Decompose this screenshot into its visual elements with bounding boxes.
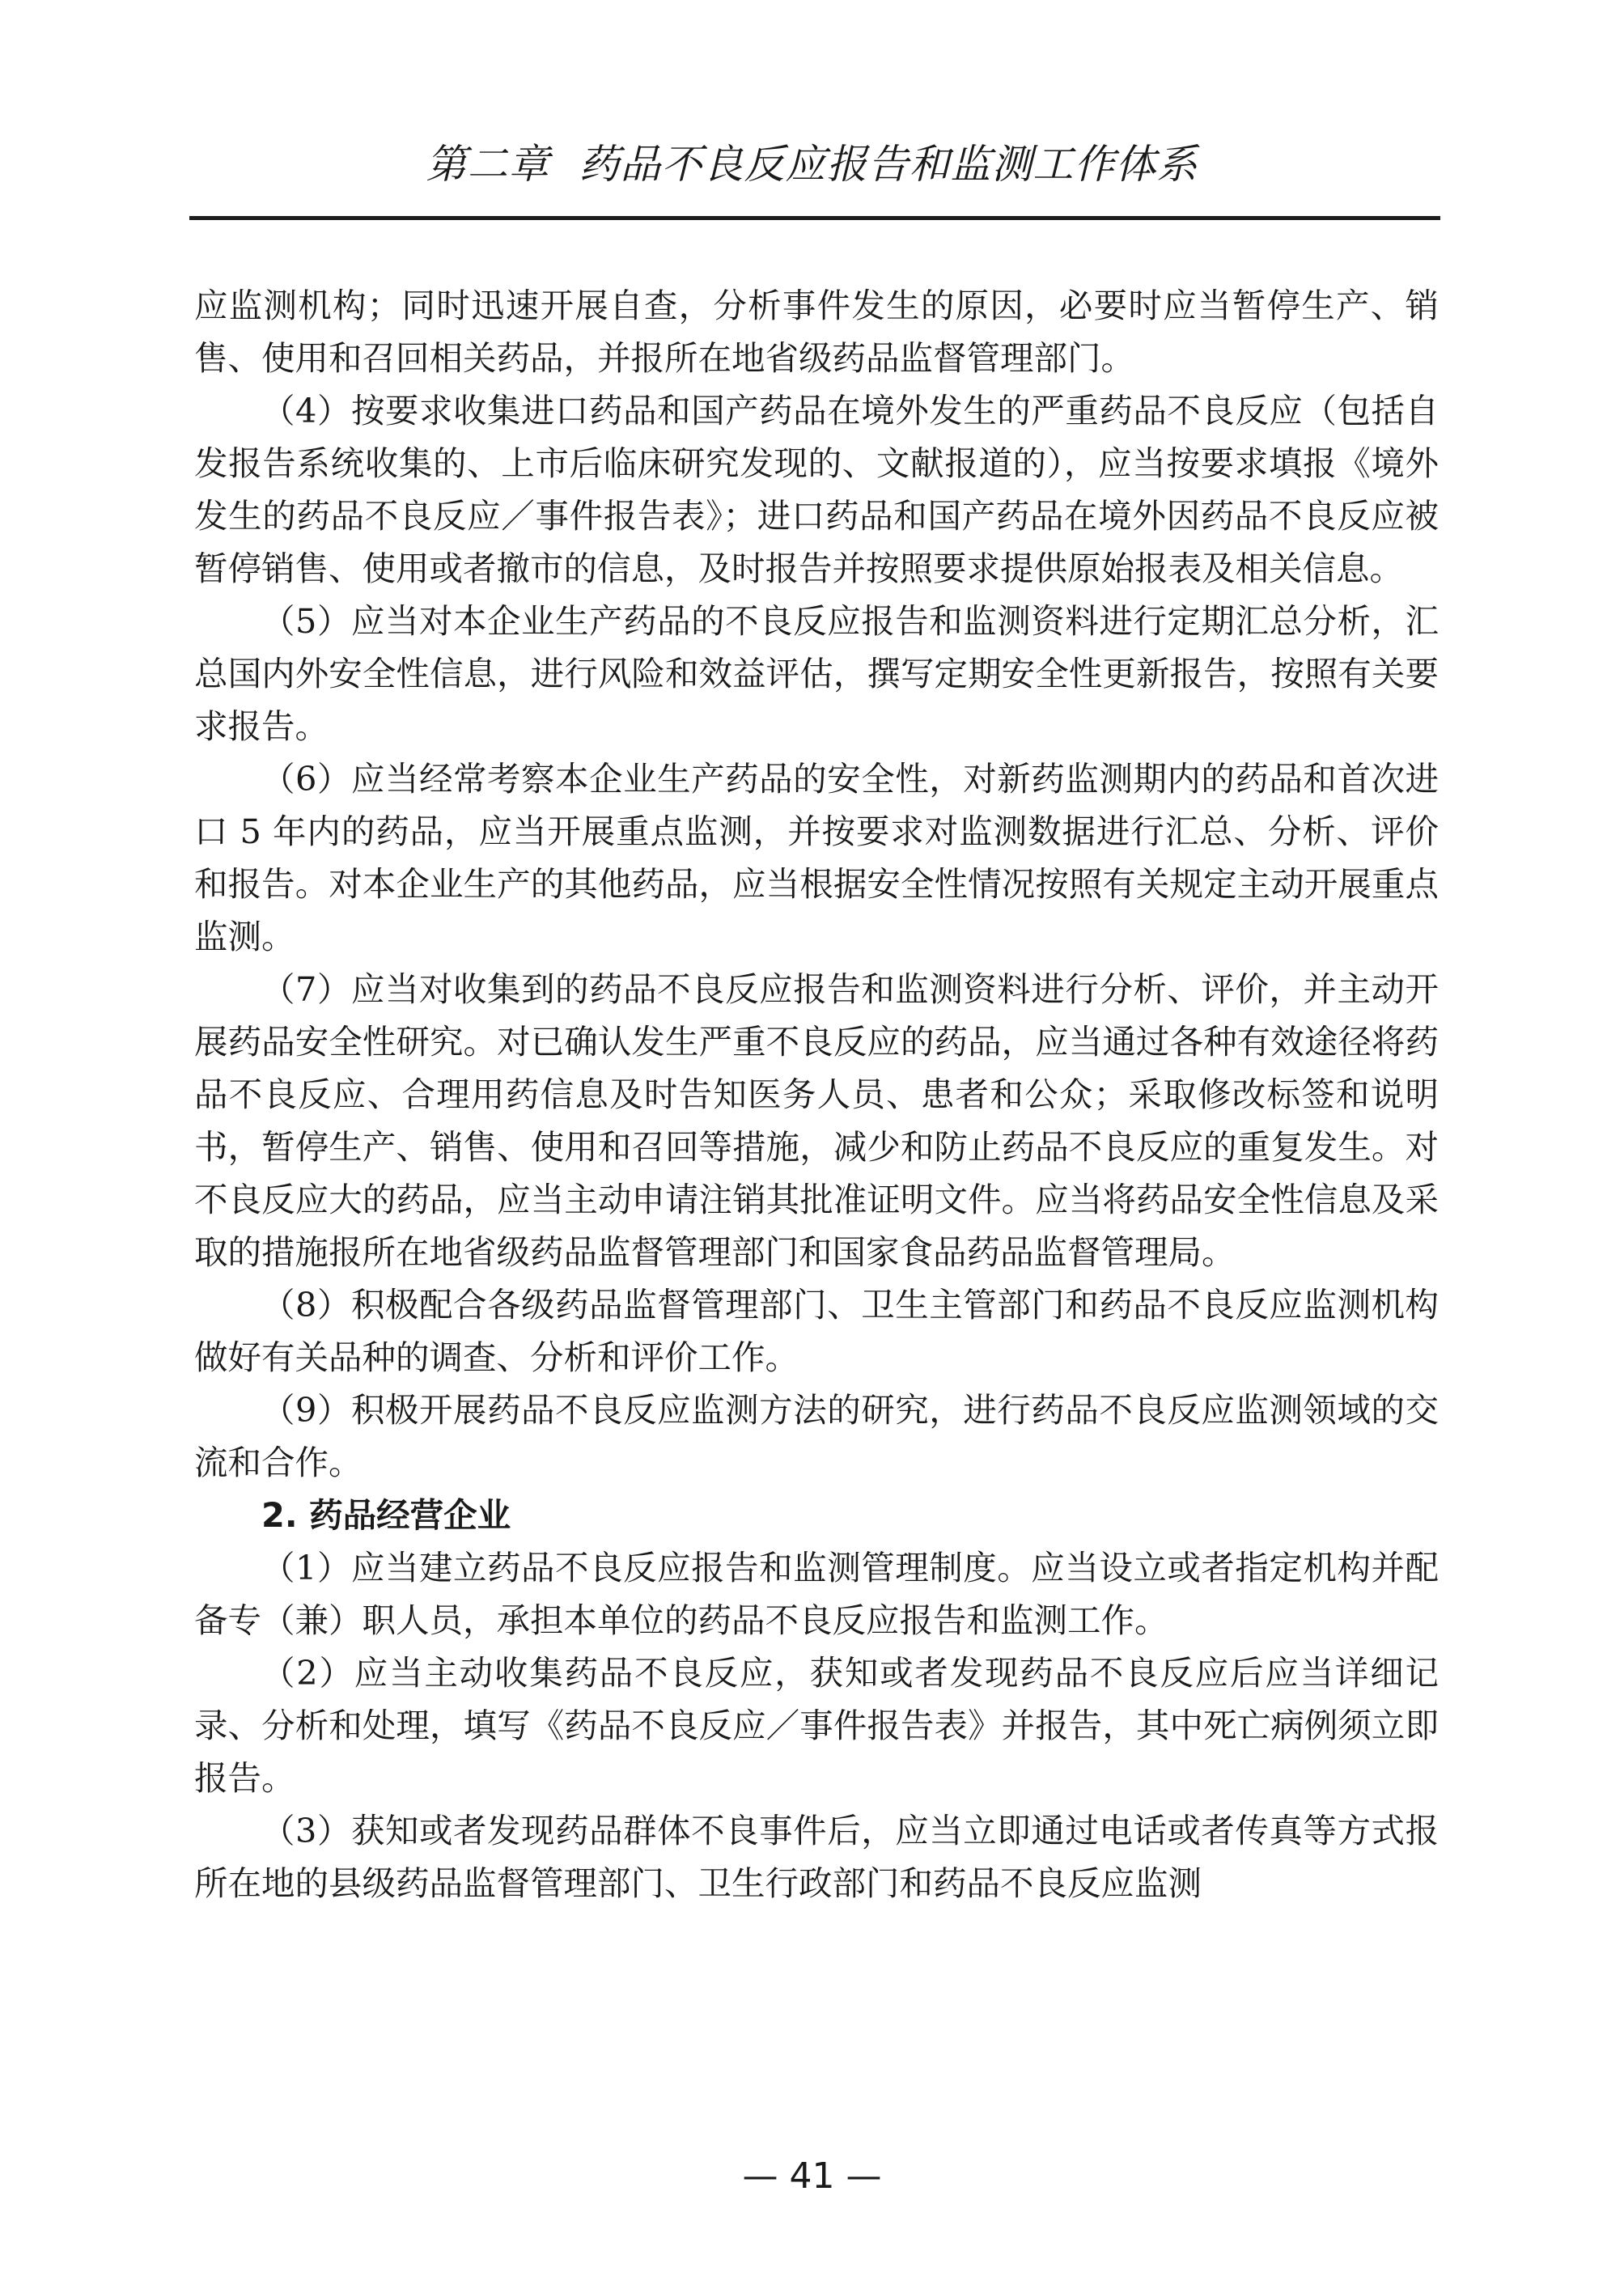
- paragraph-item-2: （2）应当主动收集药品不良反应，获知或者发现药品不良反应后应当详细记录、分析和处…: [194, 1647, 1439, 1804]
- paragraph-item-8: （8）积极配合各级药品监督管理部门、卫生主管部门和药品不良反应监测机构做好有关品…: [194, 1278, 1439, 1384]
- paragraph-item-7: （7）应当对收集到的药品不良反应报告和监测资料进行分析、评价，并主动开展药品安全…: [194, 963, 1439, 1278]
- paragraph-item-9: （9）积极开展药品不良反应监测方法的研究，进行药品不良反应监测领域的交流和合作。: [194, 1384, 1439, 1489]
- paragraph-continuation: 应监测机构；同时迅速开展自查，分析事件发生的原因，必要时应当暂停生产、销售、使用…: [194, 279, 1439, 384]
- paragraph-item-4: （4）按要求收集进口药品和国产药品在境外发生的严重药品不良反应（包括自发报告系统…: [194, 384, 1439, 595]
- paragraph-item-6: （6）应当经常考察本企业生产药品的安全性，对新药监测期内的药品和首次进口 5 年…: [194, 752, 1439, 963]
- chapter-number: 第二章: [426, 141, 550, 188]
- paragraph-item-1: （1）应当建立药品不良反应报告和监测管理制度。应当设立或者指定机构并配备专（兼）…: [194, 1541, 1439, 1647]
- chapter-title: 药品不良反应报告和监测工作体系: [579, 141, 1198, 188]
- running-header: 第二章药品不良反应报告和监测工作体系: [0, 136, 1624, 193]
- section-subheading: 2. 药品经营企业: [194, 1489, 1439, 1541]
- page-body: 应监测机构；同时迅速开展自查，分析事件发生的原因，必要时应当暂停生产、销售、使用…: [194, 279, 1439, 1909]
- header-divider: [189, 216, 1440, 220]
- page-number: — 41 —: [0, 2152, 1624, 2201]
- paragraph-item-5: （5）应当对本企业生产药品的不良反应报告和监测资料进行定期汇总分析，汇总国内外安…: [194, 595, 1439, 752]
- paragraph-item-3: （3）获知或者发现药品群体不良事件后，应当立即通过电话或者传真等方式报所在地的县…: [194, 1804, 1439, 1909]
